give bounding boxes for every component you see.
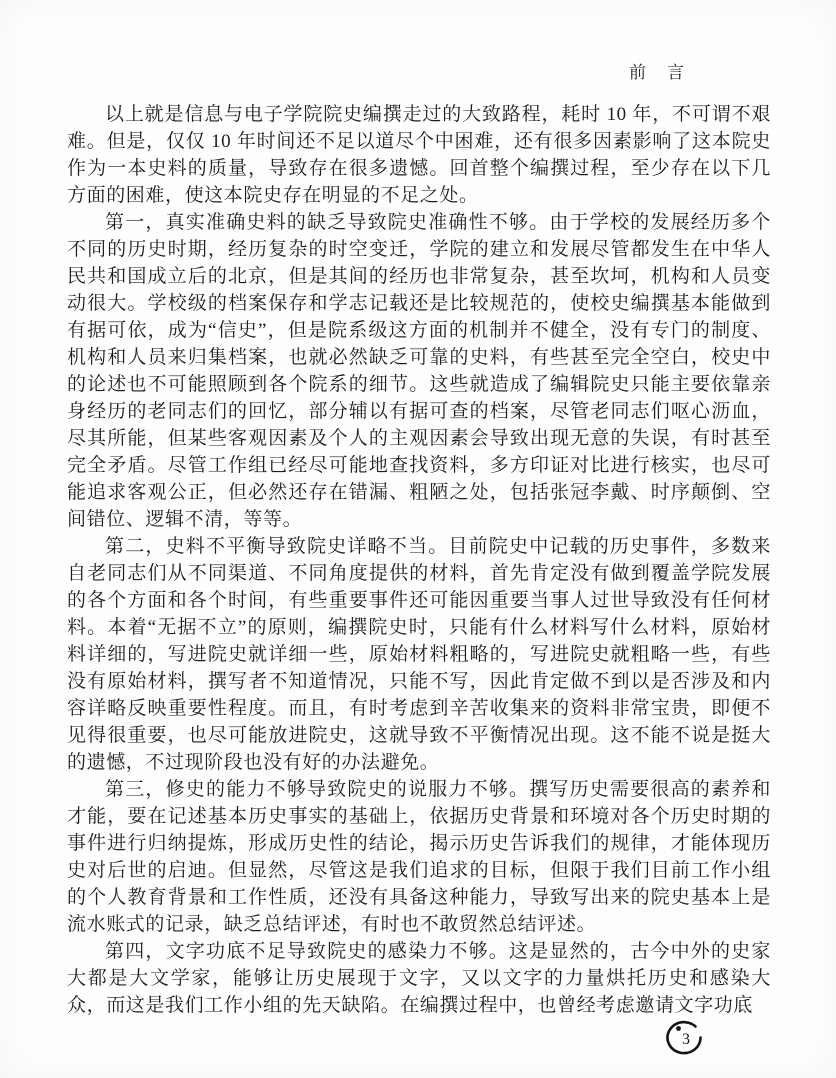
paragraph-fourth-difficulty: 第四，文字功底不足导致院史的感染力不够。这是显然的，古今中外的史家大都是大文学家… xyxy=(67,938,771,1019)
page-number: 3 xyxy=(662,1016,710,1064)
paragraph-second-difficulty: 第二，史料不平衡导致院史详略不当。目前院史中记载的历史事件，多数来自老同志们从不… xyxy=(67,533,771,776)
body-text: 以上就是信息与电子学院院史编撰走过的大致路程，耗时 10 年，不可谓不艰难。但是… xyxy=(67,101,771,1019)
paragraph-third-difficulty: 第三，修史的能力不够导致院史的说服力不够。撰写历史需要很高的素养和才能，要在记述… xyxy=(67,776,771,938)
paragraph-intro: 以上就是信息与电子学院院史编撰走过的大致路程，耗时 10 年，不可谓不艰难。但是… xyxy=(67,101,771,209)
page-number-badge: 3 xyxy=(662,1016,710,1064)
running-head: 前 言 xyxy=(629,58,686,83)
book-page: 前 言 以上就是信息与电子学院院史编撰走过的大致路程，耗时 10 年，不可谓不艰… xyxy=(0,0,836,1078)
paragraph-first-difficulty: 第一，真实准确史料的缺乏导致院史准确性不够。由于学校的发展经历多个不同的历史时期… xyxy=(67,209,771,533)
